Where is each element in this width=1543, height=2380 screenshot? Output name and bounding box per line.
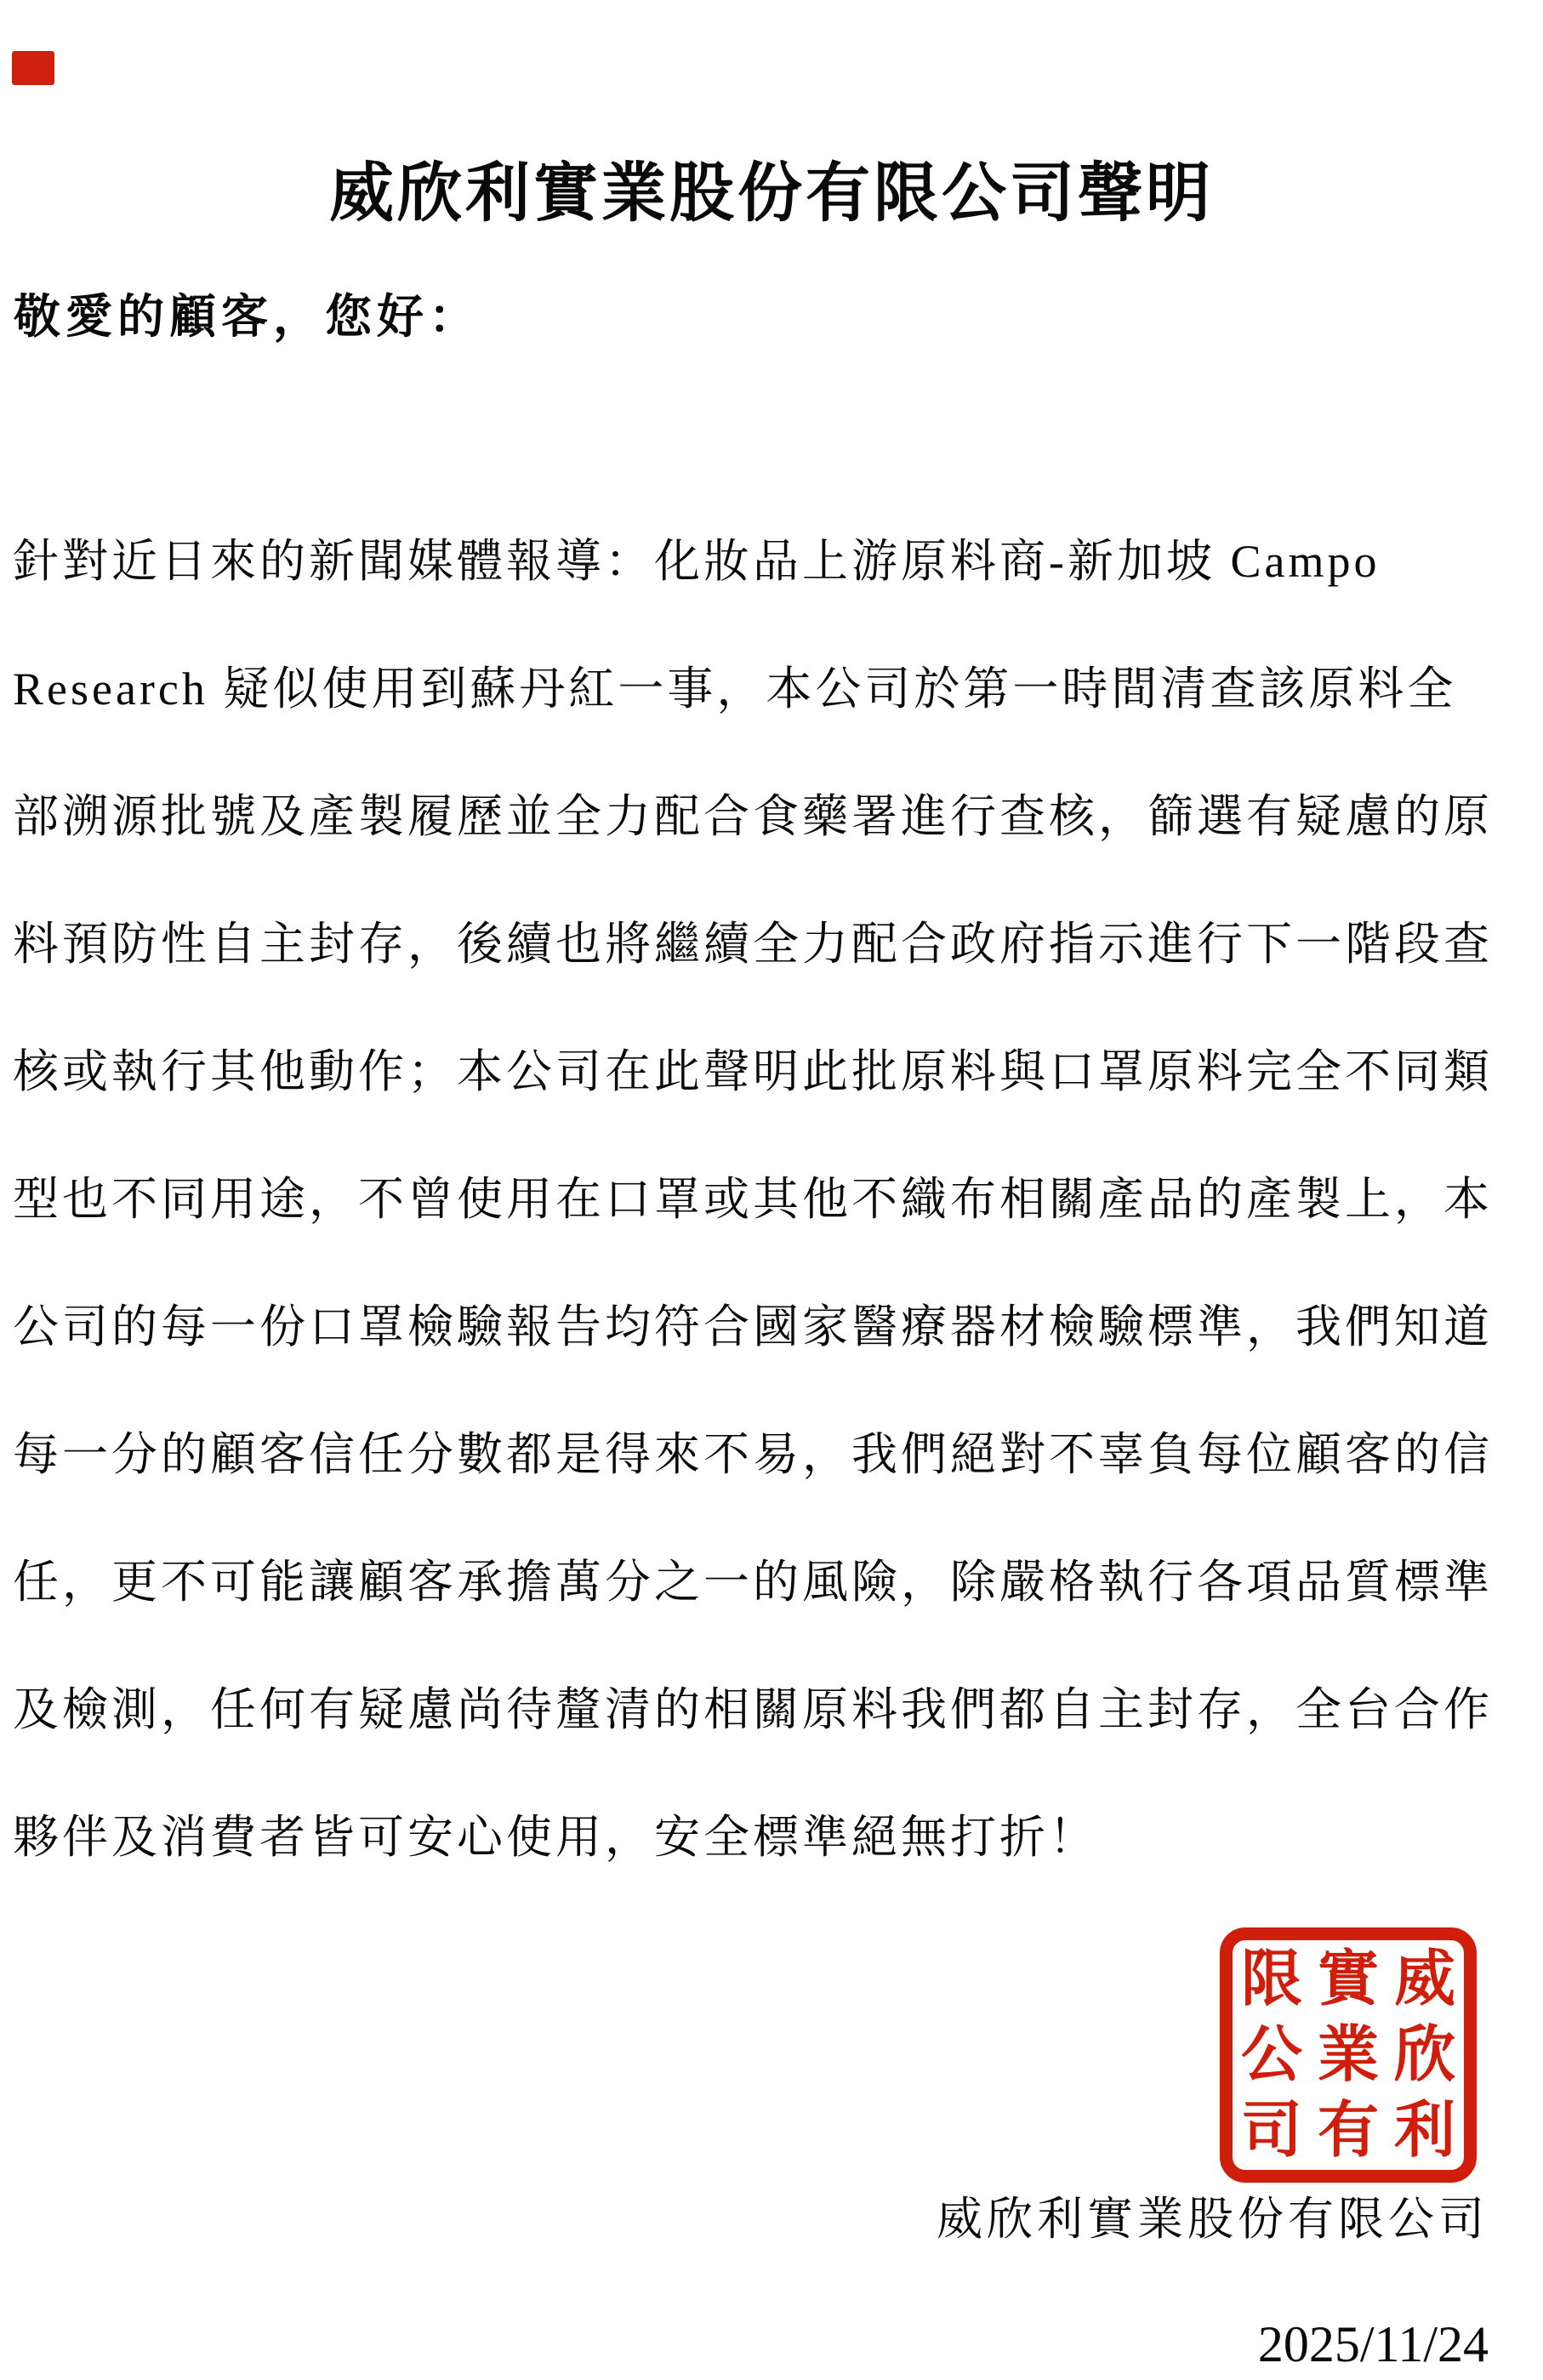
body-line: 料預防性自主封存，後續也將繼續全力配合政府指示進行下一階段查	[13, 921, 1493, 967]
seal-column-middle: 實 業 有	[1314, 1944, 1382, 2166]
document-title: 威欣利實業股份有限公司聲明	[0, 141, 1543, 234]
seal-char: 公	[1238, 2019, 1306, 2091]
seal-char: 欣	[1391, 2019, 1459, 2091]
body-line: 部溯源批號及產製履歷並全力配合食藥署進行查核，篩選有疑慮的原	[13, 794, 1493, 840]
body-line: 任，更不可能讓顧客承擔萬分之一的風險，除嚴格執行各項品質標準	[13, 1559, 1493, 1605]
body-line: 型也不同用途，不曾使用在口罩或其他不織布相關產品的產製上，本	[13, 1176, 1493, 1222]
body-line: 夥伴及消費者皆可安心使用，安全標準絕無打折！	[13, 1814, 1098, 1860]
seal-char: 利	[1391, 2095, 1459, 2166]
greeting-line: 敬愛的顧客，您好：	[14, 279, 481, 346]
seal-column-left: 限 公 司	[1238, 1944, 1306, 2166]
seal-char: 實	[1314, 1944, 1382, 2015]
seal-char: 限	[1238, 1944, 1306, 2015]
seal-char: 司	[1238, 2095, 1306, 2166]
company-seal-stamp: 限 公 司 實 業 有 威 欣 利	[1220, 1927, 1477, 2183]
body-line: 每一分的顧客信任分數都是得來不易，我們絕對不辜負每位顧客的信	[13, 1432, 1493, 1478]
body-line: 公司的每一份口罩檢驗報告均符合國家醫療器材檢驗標準，我們知道	[13, 1304, 1493, 1350]
body-line: 核或執行其他動作；本公司在此聲明此批原料與口罩原料完全不同類	[13, 1049, 1493, 1095]
seal-char: 威	[1391, 1944, 1459, 2015]
seal-char: 有	[1314, 2095, 1382, 2166]
signature-company-name: 威欣利實業股份有限公司	[937, 2196, 1489, 2242]
signature-date: 2025/11/24	[1258, 2319, 1489, 2370]
body-line: Research 疑似使用到蘇丹紅一事，本公司於第一時間清查該原料全	[13, 666, 1456, 712]
body-line: 及檢測，任何有疑慮尚待釐清的相關原料我們都自主封存，全台合作	[13, 1687, 1493, 1733]
seal-column-right: 威 欣 利	[1391, 1944, 1459, 2166]
red-corner-mark	[12, 51, 54, 85]
seal-char: 業	[1314, 2019, 1382, 2091]
body-line: 針對近日來的新聞媒體報導：化妝品上游原料商-新加坡 Campo	[13, 538, 1380, 584]
statement-document-page: 威欣利實業股份有限公司聲明 敬愛的顧客，您好： 針對近日來的新聞媒體報導：化妝品…	[0, 0, 1543, 2380]
